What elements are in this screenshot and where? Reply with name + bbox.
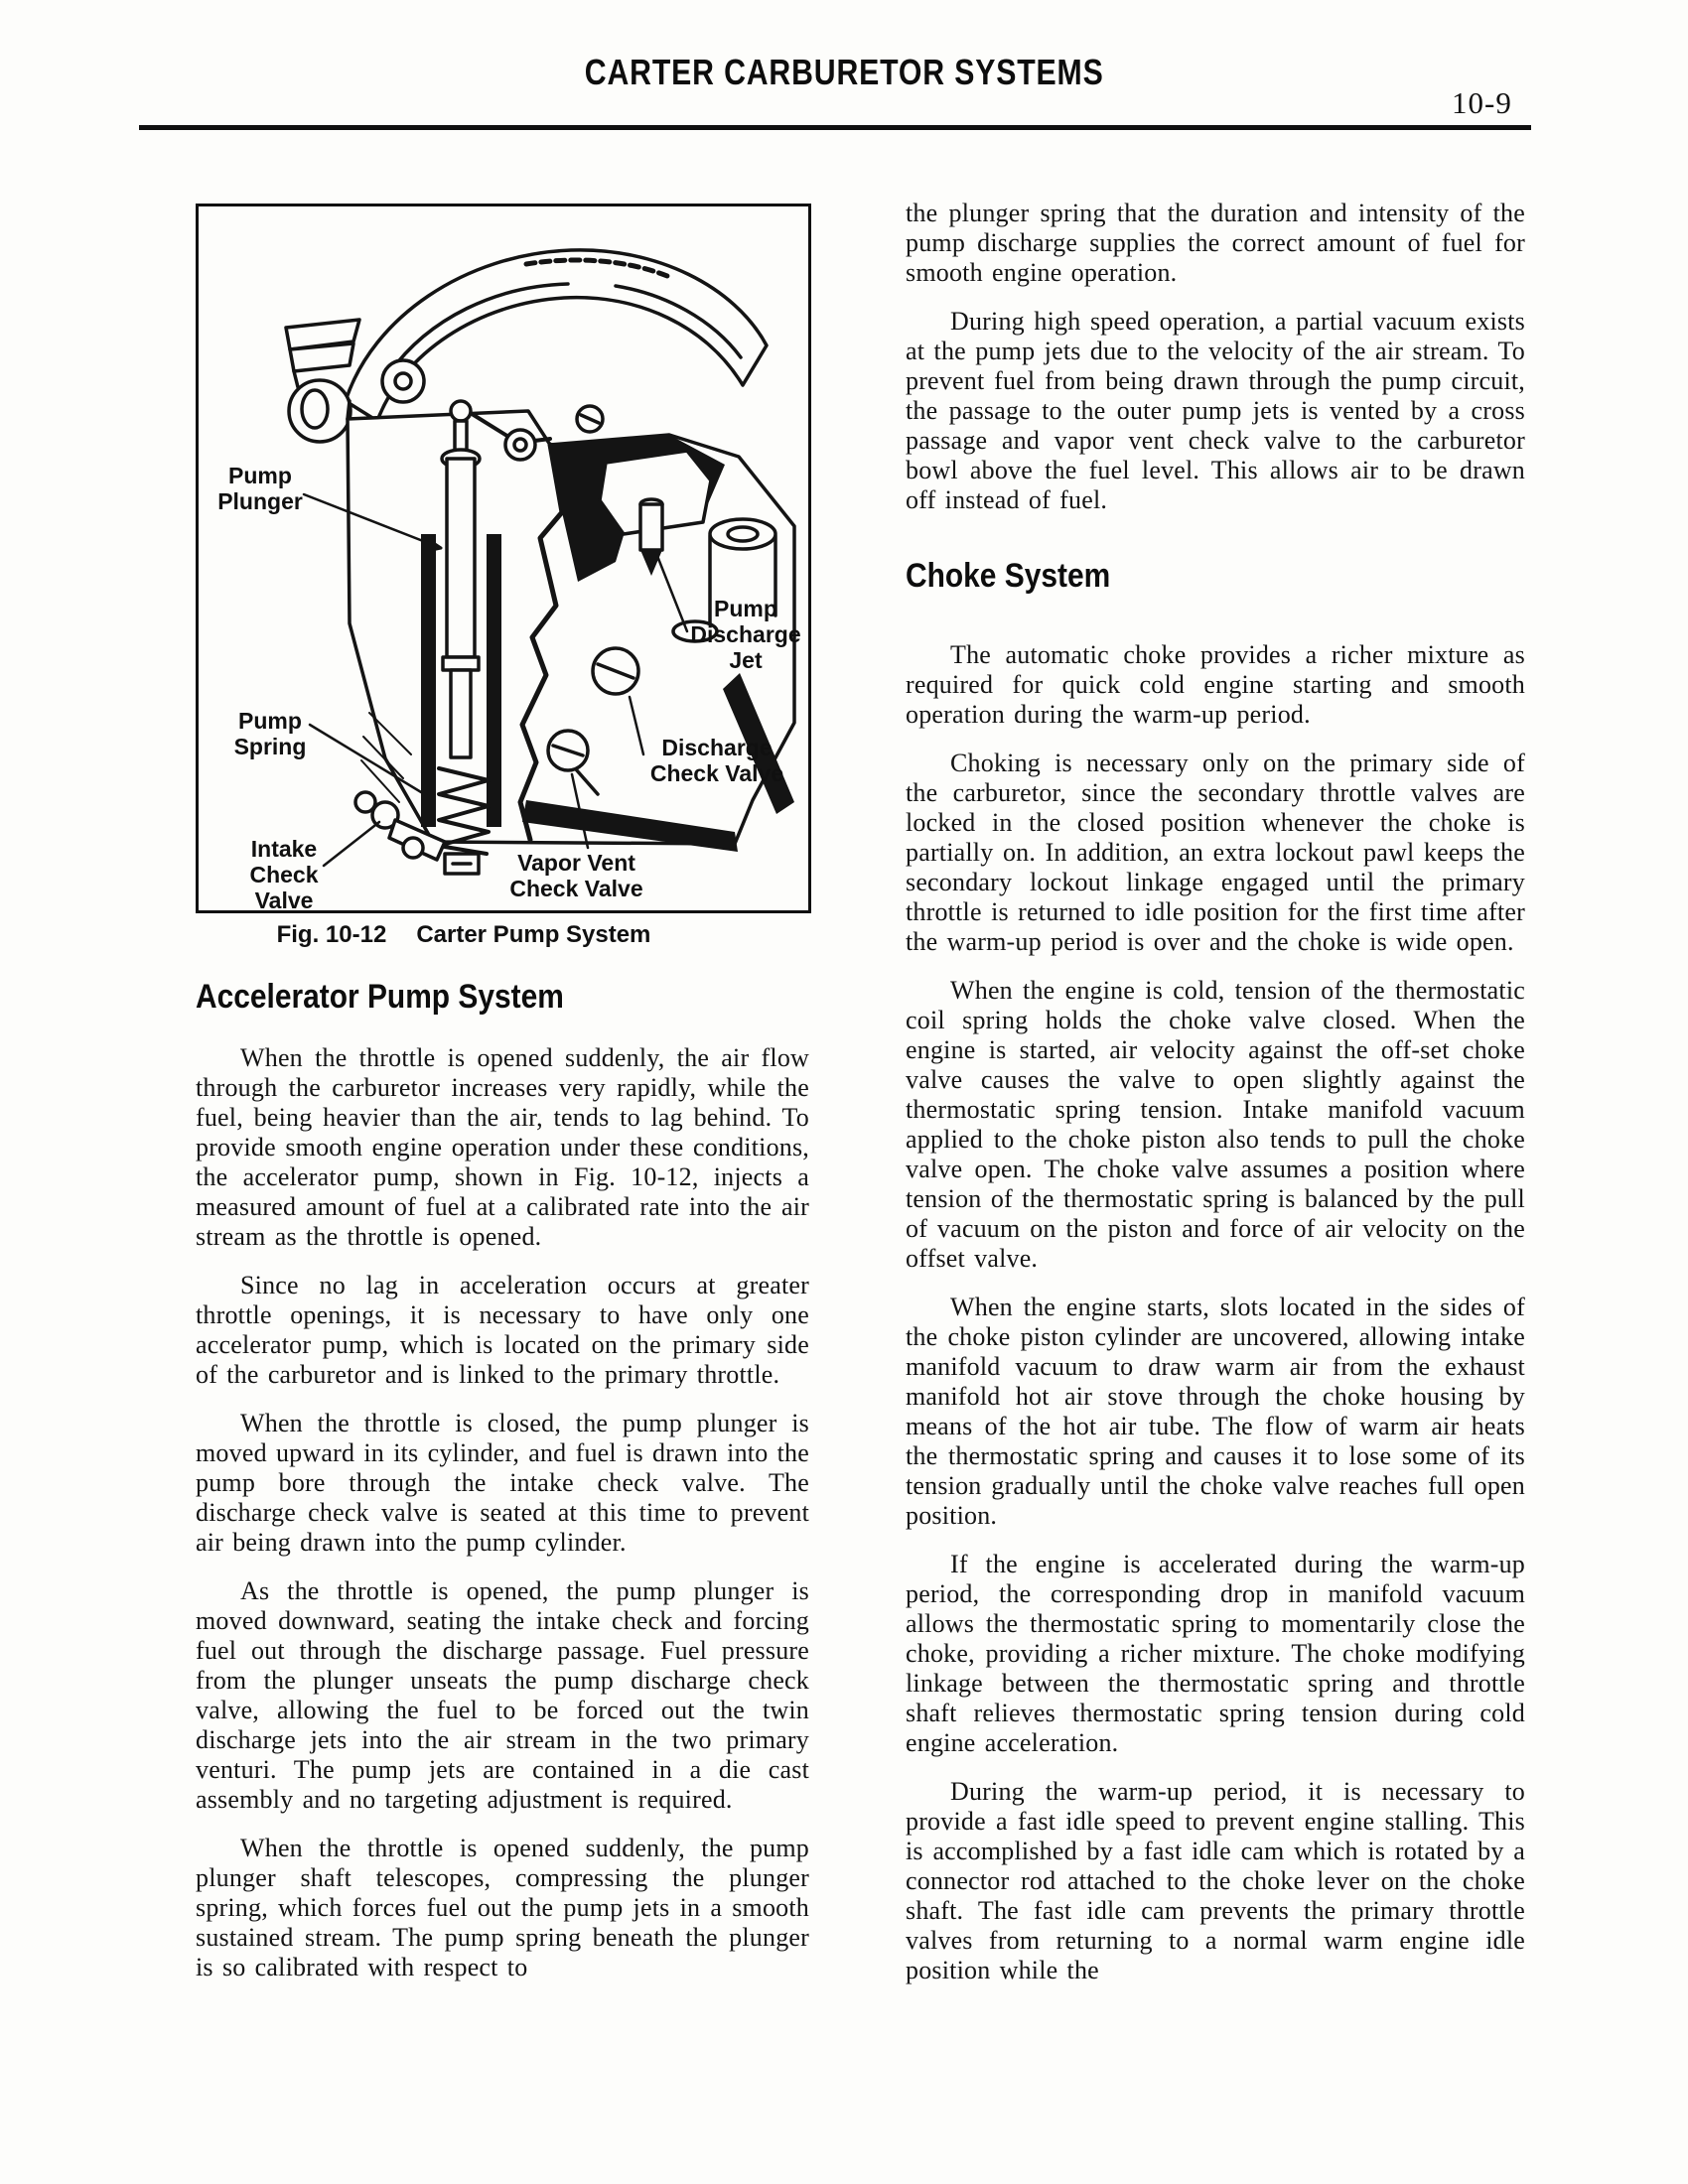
page-header-title-text: CARTER CARBURETOR SYSTEMS (585, 52, 1104, 93)
figure-caption: Fig. 10-12Carter Pump System (156, 921, 772, 949)
figure-carter-pump-system: Pump Plunger Pump Spring Intake Check Va… (196, 204, 811, 913)
figure-label-vapor-vent-check-valve: Vapor Vent Check Valve (485, 850, 668, 901)
left-column: Accelerator Pump System When the throttl… (196, 976, 809, 2001)
figure-caption-title: Carter Pump System (416, 921, 650, 948)
manual-page: CARTER CARBURETOR SYSTEMS 10-9 (0, 0, 1688, 2184)
paragraph: When the throttle is opened suddenly, th… (196, 1834, 809, 1982)
carburetor-cutaway-illustration (199, 206, 808, 910)
figure-label-discharge-check-valve: Discharge Check Valve (643, 735, 790, 786)
right-column: the plunger spring that the duration and… (906, 199, 1525, 2004)
paragraph: During high speed operation, a partial v… (906, 307, 1525, 515)
paragraph: the plunger spring that the duration and… (906, 199, 1525, 288)
paragraph: When the engine starts, slots located in… (906, 1293, 1525, 1531)
paragraph: During the warm-up period, it is necessa… (906, 1777, 1525, 1985)
section-heading-accelerator-pump-system: Accelerator Pump System (196, 976, 809, 1018)
section-heading-choke-system: Choke System (906, 555, 1525, 597)
header-rule (139, 125, 1531, 130)
figure-label-pump-plunger: Pump Plunger (211, 463, 310, 514)
paragraph: The automatic choke provides a richer mi… (906, 640, 1525, 730)
discharge-check-valve-part (593, 648, 638, 694)
air-horn-dome (346, 250, 767, 421)
section-heading-text: Accelerator Pump System (196, 976, 564, 1018)
paragraph: Choking is necessary only on the primary… (906, 749, 1525, 957)
page-number: 10-9 (1452, 85, 1531, 121)
paragraph: If the engine is accelerated during the … (906, 1550, 1525, 1758)
figure-label-pump-discharge-jet: Pump Discharge Jet (690, 596, 801, 673)
paragraph: When the throttle is opened suddenly, th… (196, 1043, 809, 1252)
figure-label-pump-spring: Pump Spring (226, 708, 314, 759)
paragraph: When the engine is cold, tension of the … (906, 976, 1525, 1274)
paragraph: As the throttle is opened, the pump plun… (196, 1576, 809, 1815)
page-header-title: CARTER CARBURETOR SYSTEMS (0, 52, 1688, 93)
section-heading-text: Choke System (906, 555, 1110, 597)
figure-label-intake-check-valve: Intake Check Valve (238, 836, 330, 913)
paragraph: When the throttle is closed, the pump pl… (196, 1409, 809, 1558)
paragraph: Since no lag in acceleration occurs at g… (196, 1271, 809, 1390)
figure-caption-number: Fig. 10-12 (277, 921, 387, 948)
